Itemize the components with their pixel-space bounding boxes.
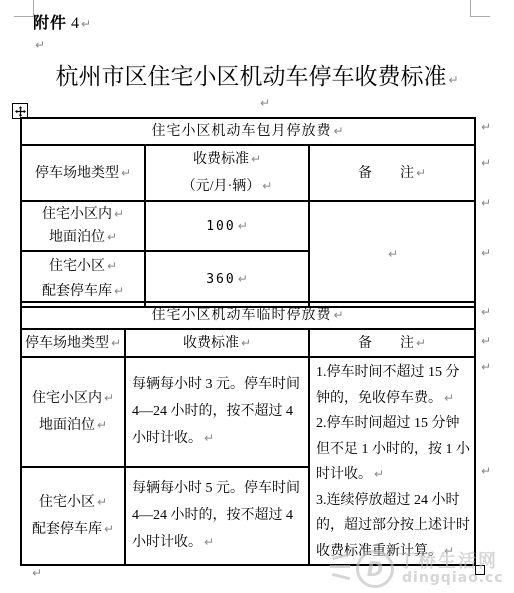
cell-header-fee[interactable]: 收费标准↵ (125, 329, 309, 357)
attachment-number: 4 (71, 15, 79, 32)
row-end-mark: ↵ (481, 246, 491, 260)
row-end-mark: ↵ (481, 360, 491, 374)
paragraph-mark-icon: ↵ (260, 96, 270, 110)
header-fee-label: 收费标准 (183, 336, 239, 351)
monthly-fee-table: 住宅小区机动车包月停放费↵ 停车场地类型↵ 收费标准↵ （元/月·辆）↵ 备 注… (20, 117, 476, 308)
paragraph-mark-icon: ↵ (114, 207, 124, 221)
paragraph-mark-icon: ↵ (97, 418, 107, 432)
cell-fee-garage[interactable]: 360↵ (145, 251, 309, 307)
paragraph-mark-icon: ↵ (333, 124, 344, 138)
header-type-label: 停车场地类型 (35, 166, 119, 181)
paragraph-mark-icon: ↵ (81, 17, 91, 31)
type-text: 地面泊位 (49, 230, 105, 245)
fee-value: 100 (206, 219, 235, 234)
row-end-mark: ↵ (481, 334, 491, 348)
paragraph-mark-icon: ↵ (111, 336, 121, 350)
row-end-mark: ↵ (481, 120, 491, 134)
paragraph-mark-icon: ↵ (444, 544, 454, 558)
type-text: 地面泊位 (39, 418, 95, 433)
cell-fee-ground[interactable]: 每辆每小时 3 元。停车时间 4—24 小时的，按不超过 4 小时计收。↵ (125, 357, 309, 467)
cell-hourly-remark[interactable]: 1.停车时间不超过 15 分钟的，免收停车费。↵ 2.停车时间超过 15 分钟但… (309, 357, 475, 565)
row-end-mark: ↵ (481, 464, 491, 478)
fee-value: 360 (206, 272, 235, 287)
type-text: 住宅小区内 (32, 391, 102, 406)
cell-type-ground[interactable]: 住宅小区内↵ 地面泊位↵ (21, 357, 125, 467)
remark-item: 2.停车时间超过 15 分钟但不足 1 小时的，按 1 小时计收。 (316, 416, 470, 482)
type-text: 配套停车库 (32, 522, 102, 537)
paragraph-mark-icon: ↵ (204, 431, 214, 445)
page-title: 杭州市区住宅小区机动车停车收费标准↵ (0, 58, 514, 91)
header-remark-label: 备 注 (358, 166, 414, 181)
row-end-mark: ↵ (481, 196, 491, 210)
type-text: 配套停车库 (42, 284, 112, 299)
watermark-ray (332, 573, 350, 580)
row-end-mark: ↵ (481, 305, 491, 319)
cell-header-remark[interactable]: 备 注↵ (309, 329, 475, 357)
paragraph-mark-icon: ↵ (238, 272, 248, 286)
page-title-text: 杭州市区住宅小区机动车停车收费标准 (55, 64, 446, 89)
cell-fee-garage[interactable]: 每辆每小时 5 元。停车时间 4—24 小时的，按不超过 4 小时计收。↵ (125, 467, 309, 565)
type-text: 住宅小区 (49, 259, 105, 274)
paragraph-mark-icon: ↵ (333, 308, 344, 322)
margin-mark-top-left (14, 0, 34, 17)
paragraph-mark-icon: ↵ (251, 152, 261, 166)
paragraph-mark-icon: ↵ (388, 247, 398, 261)
paragraph-mark-icon: ↵ (121, 166, 131, 180)
paragraph-mark-icon: ↵ (35, 38, 45, 52)
paragraph-mark-icon: ↵ (32, 566, 42, 580)
paragraph-mark-icon: ↵ (97, 495, 107, 509)
cell-monthly-section-title[interactable]: 住宅小区机动车包月停放费↵ (21, 118, 475, 145)
cell-header-type[interactable]: 停车场地类型↵ (21, 329, 125, 357)
paragraph-mark-icon: ↵ (104, 522, 114, 536)
document-page: 附件 4↵ ↵ 杭州市区住宅小区机动车停车收费标准↵ ↵ 住宅小区机动车包月停放… (0, 0, 514, 593)
paragraph-mark-icon: ↵ (104, 391, 114, 405)
cell-header-type[interactable]: 停车场地类型↵ (21, 145, 145, 201)
type-text: 住宅小区 (39, 495, 95, 510)
header-type-label: 停车场地类型 (25, 336, 109, 351)
paragraph-mark-icon: ↵ (416, 336, 426, 350)
move-arrows-icon (15, 106, 26, 117)
cell-header-remark[interactable]: 备 注↵ (309, 145, 475, 201)
remark-item: 1.停车时间不超过 15 分钟的，免收停车费。 (316, 365, 460, 406)
paragraph-mark-icon: ↵ (444, 391, 454, 405)
header-remark-label: 备 注 (358, 336, 414, 351)
margin-mark-top-right (470, 0, 490, 17)
paragraph-mark-icon: ↵ (448, 73, 458, 87)
hourly-section-title: 住宅小区机动车临时停放费 (151, 308, 331, 323)
paragraph-mark-icon: ↵ (204, 535, 214, 549)
row-end-mark: ↵ (481, 156, 491, 170)
paragraph-mark-icon: ↵ (107, 230, 117, 244)
cell-type-garage[interactable]: 住宅小区↵ 配套停车库↵ (21, 251, 145, 307)
cell-fee-ground[interactable]: 100↵ (145, 201, 309, 251)
paragraph-mark-icon: ↵ (416, 166, 426, 180)
monthly-section-title: 住宅小区机动车包月停放费 (151, 124, 331, 139)
fee-rule-text: 每辆每小时 3 元。停车时间 4—24 小时的，按不超过 4 小时计收。 (132, 377, 300, 446)
hourly-fee-table: 住宅小区机动车临时停放费↵ 停车场地类型↵ 收费标准↵ 备 注↵ 住宅小区内↵ … (20, 301, 476, 566)
paragraph-mark-icon: ↵ (241, 336, 251, 350)
cell-header-fee[interactable]: 收费标准↵ （元/月·辆）↵ (145, 145, 309, 201)
table-resize-handle[interactable] (475, 565, 485, 575)
header-fee-label: 收费标准 (193, 152, 249, 167)
watermark-site-url: dingqiao.cc (402, 570, 504, 586)
paragraph-mark-icon: ↵ (107, 259, 117, 273)
paragraph-mark-icon: ↵ (262, 179, 272, 193)
fee-rule-text: 每辆每小时 5 元。停车时间 4—24 小时的，按不超过 4 小时计收。 (132, 481, 300, 550)
attachment-label: 附件 4↵ (33, 10, 91, 33)
cell-type-ground[interactable]: 住宅小区内↵ 地面泊位↵ (21, 201, 145, 251)
header-fee-unit: （元/月·辆） (182, 179, 261, 194)
cell-hourly-section-title[interactable]: 住宅小区机动车临时停放费↵ (21, 302, 475, 329)
paragraph-mark-icon: ↵ (238, 219, 248, 233)
cell-monthly-remark[interactable]: ↵ (309, 201, 475, 307)
cell-type-garage[interactable]: 住宅小区↵ 配套停车库↵ (21, 467, 125, 565)
paragraph-mark-icon: ↵ (374, 467, 384, 481)
paragraph-mark-icon: ↵ (114, 284, 124, 298)
attachment-prefix: 附件 (33, 15, 67, 32)
type-text: 住宅小区内 (42, 207, 112, 222)
